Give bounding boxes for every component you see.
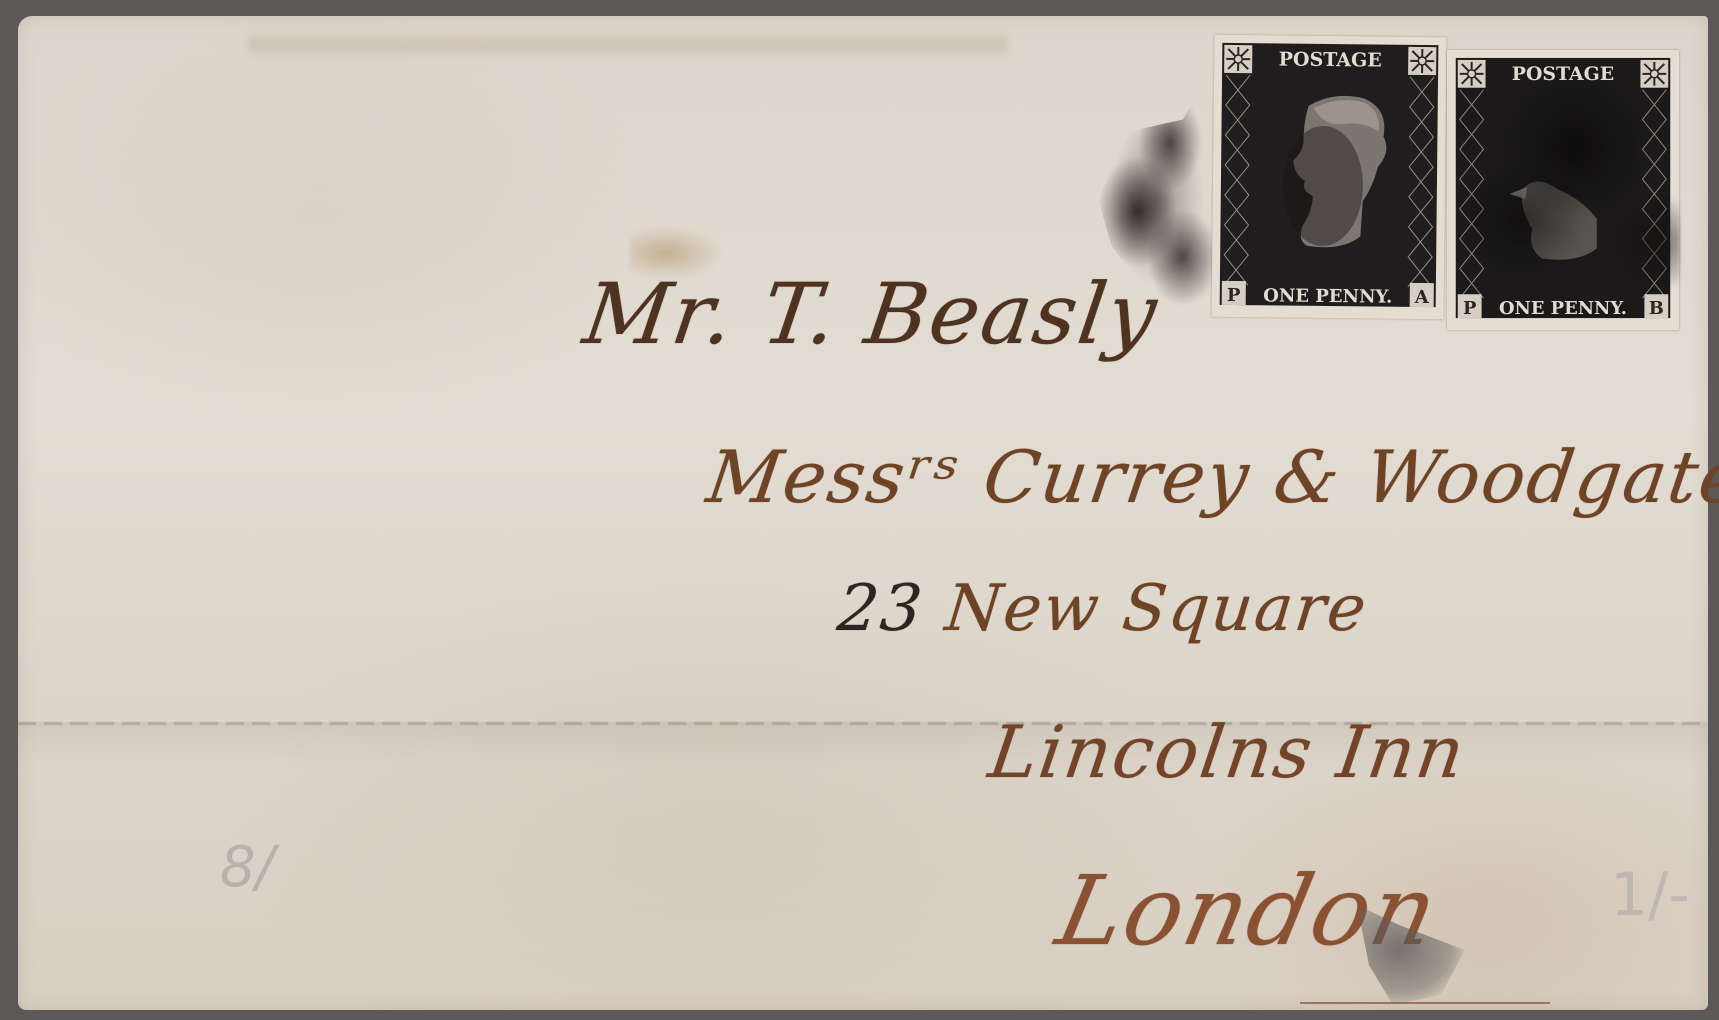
stamp-design: POSTAGE ONE PENNY. P A bbox=[1212, 35, 1447, 319]
stamp-corner-letter-right: A bbox=[1414, 287, 1430, 308]
address-district: Lincolns Inn bbox=[984, 710, 1471, 794]
pencil-notation-right: 1/- bbox=[1610, 860, 1690, 930]
address-street: 23 New Square bbox=[834, 572, 1371, 646]
stamp-top-label: POSTAGE bbox=[1279, 48, 1382, 71]
stamp-bottom-label: ONE PENNY. bbox=[1263, 285, 1392, 307]
address-recipient: Mr. T. Beasly bbox=[578, 265, 1164, 363]
stamp-corner-letter-left: P bbox=[1227, 285, 1241, 306]
address-street-number: 23 bbox=[834, 572, 927, 646]
pencil-notation-left: 8/ bbox=[220, 835, 275, 900]
top-edge-stain bbox=[248, 30, 1008, 60]
penny-black-stamp-a: POSTAGE ONE PENNY. P A bbox=[1212, 35, 1447, 319]
city-underline bbox=[1300, 1002, 1550, 1004]
maltese-cross-cancel-on-stamp bbox=[1470, 75, 1680, 315]
address-firm: Messʳˢ Currey & Woodgate bbox=[702, 435, 1719, 519]
address-street-name: New Square bbox=[942, 572, 1371, 646]
